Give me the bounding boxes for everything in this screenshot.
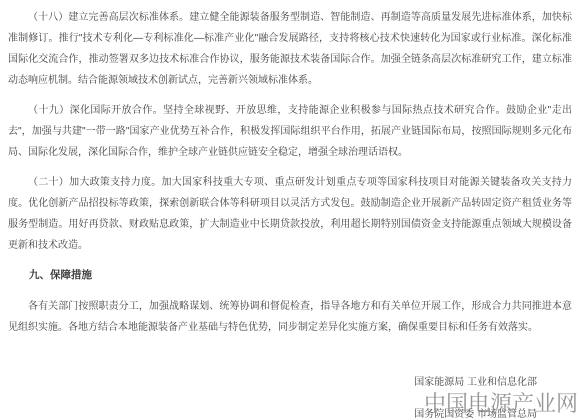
document-page: （十八）建立完善高层次标准体系。建立健全能源装备服务型制造、智能制造、再制造等高… [0,0,580,419]
paragraph-implementation: 各有关部门按照职责分工，加强战略谋划、统筹协调和督促检查，指导各地方和有关单位开… [8,296,572,338]
signature-line-sasac-samr: 国务院国资委 市场监管总局 [8,404,572,419]
section-heading-safeguard-measures: 九、保障措施 [8,265,572,286]
paragraph-item-19: （十九）深化国际开放合作。坚持全球视野、开放思维，支持能源企业积极参与国际热点技… [8,100,572,163]
paragraph-item-20: （二十）加大政策支持力度。加大国家科技重大专项、重点研发计划重点专项等国家科技项… [8,172,572,256]
paragraph-item-18: （十八）建立完善高层次标准体系。建立健全能源装备服务型制造、智能制造、再制造等高… [8,7,572,91]
signature-line-energy-administration-miit: 国家能源局 工业和信息化部 [8,372,572,393]
